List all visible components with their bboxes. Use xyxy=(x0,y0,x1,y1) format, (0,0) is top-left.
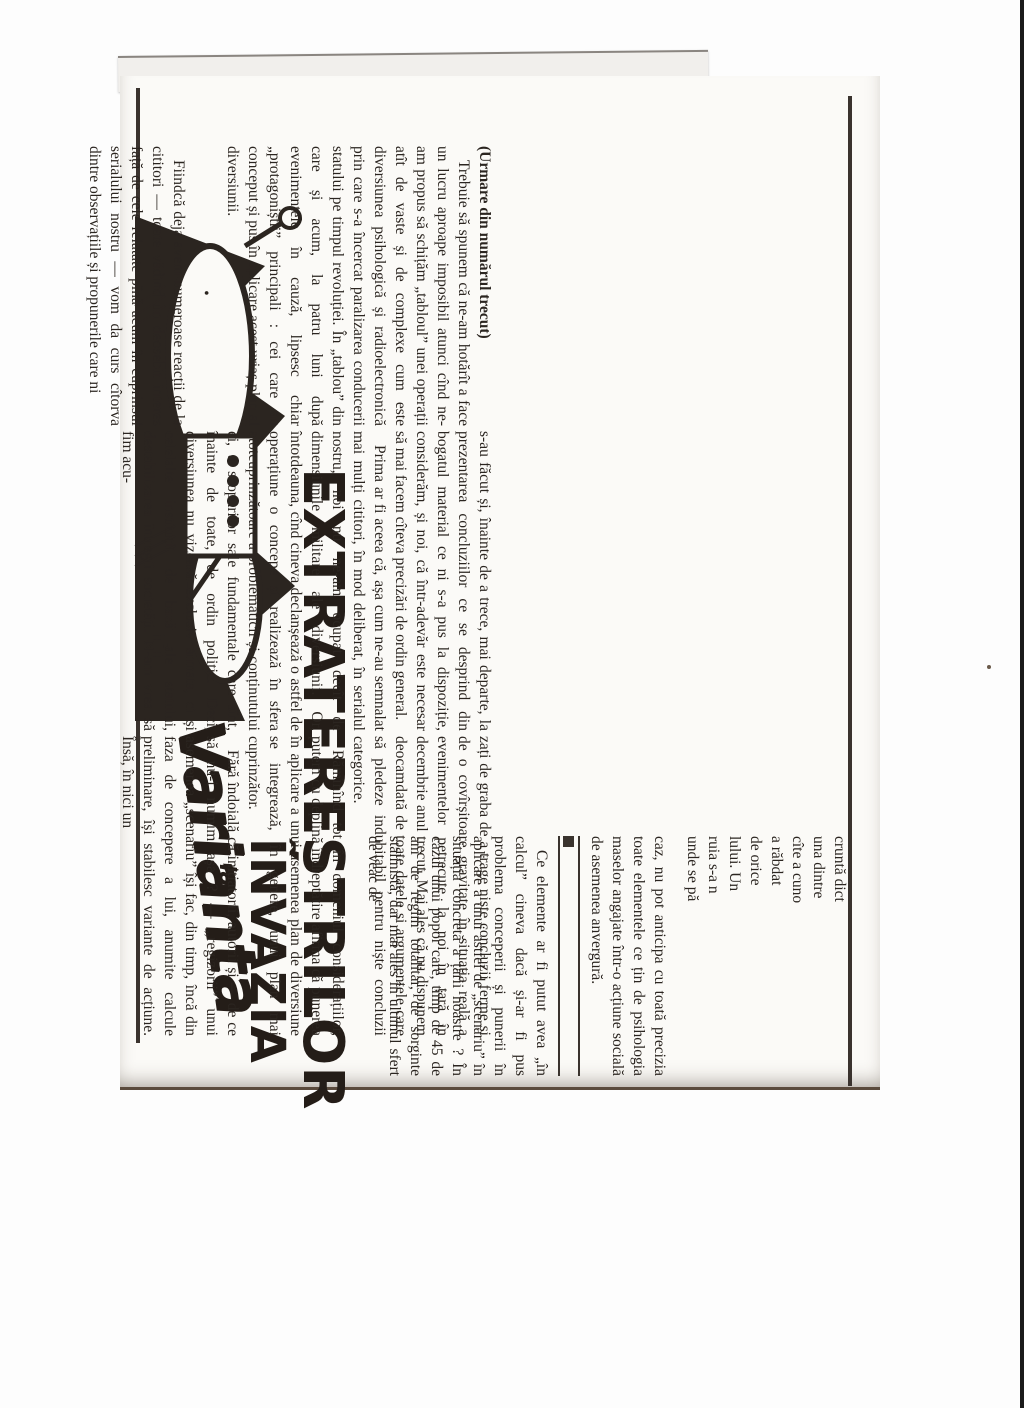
square-bullet-icon xyxy=(563,836,574,847)
continuation-note: (Urmare din numărul trecut) xyxy=(474,146,495,426)
article-column-4: caz, nu pot anticipa cu toată precizia t… xyxy=(500,836,670,1076)
dust-speck xyxy=(987,665,991,669)
paragraph: Fiindcă deja avem numeroase reacții de l… xyxy=(84,146,189,426)
article-column-partial: cruntă dict una dintre cîte a cuno a răb… xyxy=(680,836,850,1076)
scanner-edge xyxy=(1020,0,1024,1408)
article-column-2: s-au făcut și, înainte de a trece, mai d… xyxy=(295,431,495,731)
paragraph: caz, nu pot anticipa cu toată precizia t… xyxy=(586,836,670,1076)
separator-box xyxy=(558,836,580,1076)
paragraph: Ce elemente ar fi putut avea „în calcul”… xyxy=(363,836,552,1076)
article-column-1: (Urmare din numărul trecut) Trebuie să s… xyxy=(295,146,495,426)
paragraph: Rămînînd tot în domeniul considerațiilor… xyxy=(243,736,348,1036)
paragraph: s-au făcut și, înainte de a trece, mai d… xyxy=(390,431,495,731)
paragraph: Fără îndoială că inițiatorii, autorii și… xyxy=(117,736,243,1036)
paragraph: Trebuie să spunem că ne-am hotărît a fac… xyxy=(222,146,474,426)
bullet-separator: • xyxy=(195,146,216,426)
paragraph: Prima ar fi aceea că, așa cum ne-au semn… xyxy=(117,431,390,731)
article-rotated: Varianta la ÎNVAZIA EXTRATEREȘTRILOR (Ur… xyxy=(120,76,880,1090)
